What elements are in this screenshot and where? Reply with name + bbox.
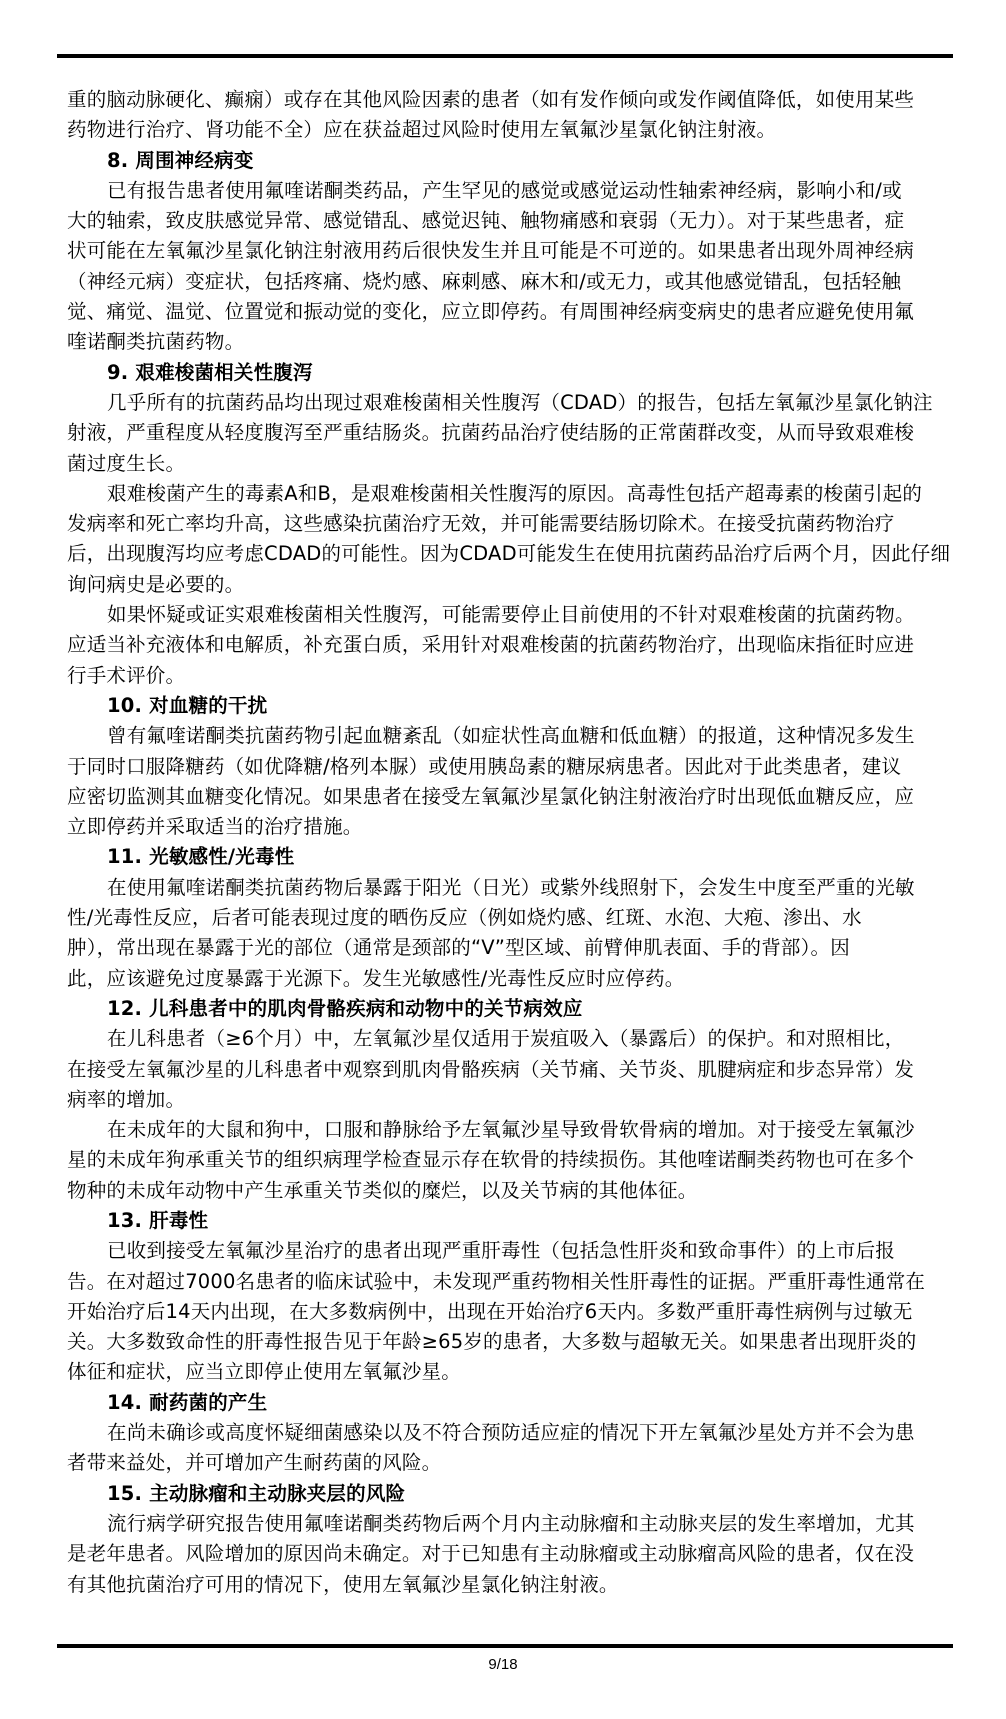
paragraph-line: 询问病史是必要的。 (67, 570, 947, 600)
paragraph-line: 关。大多数致命性的肝毒性报告见于年龄≥65岁的患者，大多数与超敏无关。如果患者出… (67, 1327, 947, 1357)
paragraph-line: 菌过度生长。 (67, 449, 947, 479)
paragraph-line: （神经元病）变症状，包括疼痛、烧灼感、麻刺感、麻木和/或无力，或其他感觉错乱，包… (67, 267, 947, 297)
section-heading: 15. 主动脉瘤和主动脉夹层的风险 (67, 1479, 947, 1509)
paragraph-line: 曾有氟喹诺酮类抗菌药物引起血糖紊乱（如症状性高血糖和低血糖）的报道，这种情况多发… (67, 721, 947, 751)
section-heading: 10. 对血糖的干扰 (67, 691, 947, 721)
paragraph-line: 应适当补充液体和电解质，补充蛋白质，采用针对艰难梭菌的抗菌药物治疗，出现临床指征… (67, 630, 947, 660)
section-heading: 11. 光敏感性/光毒性 (67, 842, 947, 872)
paragraph-line: 射液，严重程度从轻度腹泻至严重结肠炎。抗菌药品治疗使结肠的正常菌群改变，从而导致… (67, 418, 947, 448)
paragraph-line: 此，应该避免过度暴露于光源下。发生光敏感性/光毒性反应时应停药。 (67, 964, 947, 994)
paragraph-line: 体征和症状，应当立即停止使用左氧氟沙星。 (67, 1357, 947, 1387)
paragraph-line: 几乎所有的抗菌药品均出现过艰难梭菌相关性腹泻（CDAD）的报告，包括左氧氟沙星氯… (67, 388, 947, 418)
paragraph-line: 病率的增加。 (67, 1085, 947, 1115)
section-heading: 14. 耐药菌的产生 (67, 1388, 947, 1418)
paragraph-line: 在尚未确诊或高度怀疑细菌感染以及不符合预防适应症的情况下开左氧氟沙星处方并不会为… (67, 1418, 947, 1448)
paragraph-line: 肿），常出现在暴露于光的部位（通常是颈部的“V”型区域、前臂伸肌表面、手的背部）… (67, 933, 947, 963)
paragraph-line: 状可能在左氧氟沙星氯化钠注射液用药后很快发生并且可能是不可逆的。如果患者出现外周… (67, 236, 947, 266)
section-heading: 9. 艰难梭菌相关性腹泻 (67, 358, 947, 388)
section-heading: 13. 肝毒性 (67, 1206, 947, 1236)
paragraph-line: 在儿科患者（≥6个月）中，左氧氟沙星仅适用于炭疽吸入（暴露后）的保护。和对照相比… (67, 1024, 947, 1054)
paragraph-line: 大的轴索，致皮肤感觉异常、感觉错乱、感觉迟钝、触物痛感和衰弱（无力）。对于某些患… (67, 206, 947, 236)
paragraph-line: 星的未成年狗承重关节的组织病理学检查显示存在软骨的持续损伤。其他喹诺酮类药物也可… (67, 1145, 947, 1175)
paragraph-line: 在未成年的大鼠和狗中，口服和静脉给予左氧氟沙星导致骨软骨病的增加。对于接受左氧氟… (67, 1115, 947, 1145)
paragraph-line: 物种的未成年动物中产生承重关节类似的糜烂，以及关节病的其他体征。 (67, 1176, 947, 1206)
footer-rule (57, 1644, 953, 1648)
header-rule (57, 54, 953, 58)
paragraph-line: 重的脑动脉硬化、癫痫）或存在其他风险因素的患者（如有发作倾向或发作阈值降低，如使… (67, 85, 947, 115)
paragraph-line: 告。在对超过7000名患者的临床试验中，未发现严重药物相关性肝毒性的证据。严重肝… (67, 1267, 947, 1297)
paragraph-line: 发病率和死亡率均升高，这些感染抗菌治疗无效，并可能需要结肠切除术。在接受抗菌药物… (67, 509, 947, 539)
paragraph-line: 如果怀疑或证实艰难梭菌相关性腹泻，可能需要停止目前使用的不针对艰难梭菌的抗菌药物… (67, 600, 947, 630)
paragraph-line: 药物进行治疗、肾功能不全）应在获益超过风险时使用左氧氟沙星氯化钠注射液。 (67, 115, 947, 145)
paragraph-line: 觉、痛觉、温觉、位置觉和振动觉的变化，应立即停药。有周围神经病变病史的患者应避免… (67, 297, 947, 327)
paragraph-line: 在接受左氧氟沙星的儿科患者中观察到肌肉骨骼疾病（关节痛、关节炎、肌腱病症和步态异… (67, 1055, 947, 1085)
paragraph-line: 开始治疗后14天内出现，在大多数病例中，出现在开始治疗6天内。多数严重肝毒性病例… (67, 1297, 947, 1327)
paragraph-line: 是老年患者。风险增加的原因尚未确定。对于已知患有主动脉瘤或主动脉瘤高风险的患者，… (67, 1539, 947, 1569)
paragraph-line: 后，出现腹泻均应考虑CDAD的可能性。因为CDAD可能发生在使用抗菌药品治疗后两… (67, 539, 947, 569)
paragraph-line: 性/光毒性反应，后者可能表现过度的晒伤反应（例如烧灼感、红斑、水泡、大疱、渗出、… (67, 903, 947, 933)
section-heading: 8. 周围神经病变 (67, 146, 947, 176)
paragraph-line: 喹诺酮类抗菌药物。 (67, 327, 947, 357)
paragraph-line: 流行病学研究报告使用氟喹诺酮类药物后两个月内主动脉瘤和主动脉夹层的发生率增加，尤… (67, 1509, 947, 1539)
paragraph-line: 于同时口服降糖药（如优降糖/格列本脲）或使用胰岛素的糖尿病患者。因此对于此类患者… (67, 752, 947, 782)
page-number: 9/18 (0, 1656, 1006, 1673)
paragraph-line: 有其他抗菌治疗可用的情况下，使用左氧氟沙星氯化钠注射液。 (67, 1570, 947, 1600)
paragraph-line: 已有报告患者使用氟喹诺酮类药品，产生罕见的感觉或感觉运动性轴索神经病，影响小和/… (67, 176, 947, 206)
paragraph-line: 在使用氟喹诺酮类抗菌药物后暴露于阳光（日光）或紫外线照射下，会发生中度至严重的光… (67, 873, 947, 903)
paragraph-line: 者带来益处，并可增加产生耐药菌的风险。 (67, 1448, 947, 1478)
paragraph-line: 行手术评价。 (67, 661, 947, 691)
paragraph-line: 应密切监测其血糖变化情况。如果患者在接受左氧氟沙星氯化钠注射液治疗时出现低血糖反… (67, 782, 947, 812)
paragraph-line: 立即停药并采取适当的治疗措施。 (67, 812, 947, 842)
document-body: 重的脑动脉硬化、癫痫）或存在其他风险因素的患者（如有发作倾向或发作阈值降低，如使… (67, 85, 947, 1600)
paragraph-line: 艰难梭菌产生的毒素A和B，是艰难梭菌相关性腹泻的原因。高毒性包括产超毒素的梭菌引… (67, 479, 947, 509)
paragraph-line: 已收到接受左氧氟沙星治疗的患者出现严重肝毒性（包括急性肝炎和致命事件）的上市后报 (67, 1236, 947, 1266)
section-heading: 12. 儿科患者中的肌肉骨骼疾病和动物中的关节病效应 (67, 994, 947, 1024)
